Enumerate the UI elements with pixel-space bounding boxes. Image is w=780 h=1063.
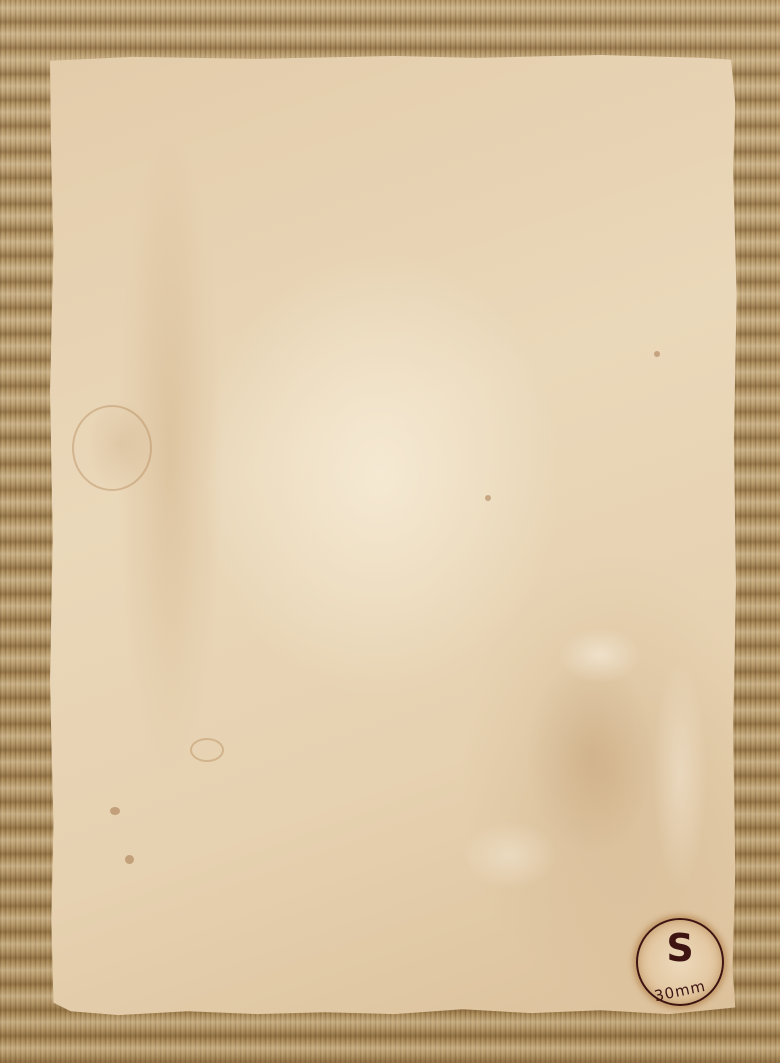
faded-samurai-illustration	[450, 535, 730, 935]
stain-speck	[485, 495, 491, 501]
coffee-stain-ring	[72, 405, 152, 491]
base-size-badge: S 30mm	[636, 918, 724, 1006]
stain-speck	[125, 855, 134, 864]
badge-letter: S	[638, 928, 722, 968]
aged-paper-card	[50, 55, 738, 1017]
stain-speck	[654, 351, 660, 357]
stain-speck	[110, 807, 120, 815]
coffee-stain-ring-small	[190, 738, 224, 762]
